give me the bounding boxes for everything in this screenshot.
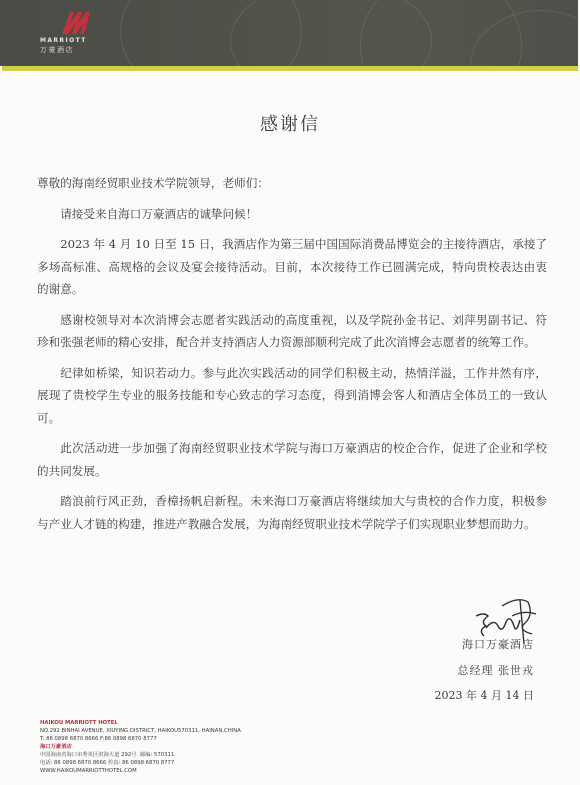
brand-name-cn: 万豪酒店 bbox=[40, 45, 108, 55]
signature-organization: 海口万豪酒店 bbox=[462, 636, 534, 652]
signature-title-name: 总经理 张世戎 bbox=[458, 662, 535, 678]
letter-title: 感谢信 bbox=[0, 110, 580, 136]
salutation: 尊敬的海南经贸职业技术学院领导，老师们： bbox=[37, 172, 547, 195]
paragraph-students: 纪律如桥梁，知识若动力。参与此次实践活动的同学们积极主动，热情洋溢，工作井然有序… bbox=[37, 362, 547, 430]
footer-address-cn: 中国海南省海口市秀英区滨海大道 292号. 邮编: 570311 bbox=[40, 751, 241, 759]
paragraph-greeting: 请接受来自海口万豪酒店的诚挚问候！ bbox=[37, 203, 547, 226]
paragraph-cooperation: 此次活动进一步加强了海南经贸职业技术学院与海口万豪酒店的校企合作，促进了企业和学… bbox=[37, 437, 547, 482]
paragraph-event: 2023 年 4 月 10 日至 15 日，我酒店作为第三届中国国际消费品博览会… bbox=[37, 233, 547, 301]
letterhead-footer: HAIKOU MARRIOTT HOTEL NO.292 BINHAI AVEN… bbox=[40, 719, 241, 775]
footer-address-en: NO.292 BINHAI AVENUE, XIUYING DISTRICT, … bbox=[40, 727, 241, 735]
signature-date: 2023 年 4 月 14 日 bbox=[435, 687, 534, 703]
letter-body: 尊敬的海南经贸职业技术学院领导，老师们： 请接受来自海口万豪酒店的诚挚问候！ 2… bbox=[37, 172, 547, 543]
marriott-logo: MARRIOTT 万豪酒店 bbox=[48, 10, 108, 55]
footer-hotel-en: HAIKOU MARRIOTT HOTEL bbox=[40, 719, 241, 727]
paragraph-thanks: 感谢校领导对本次消博会志愿者实践活动的高度重视，以及学院孙金书记、刘萍男副书记、… bbox=[37, 309, 547, 354]
footer-phone-cn: 电话: 86 0898 6870 8666 传真: 86 0898 6870 8… bbox=[40, 759, 241, 767]
footer-website: WWW.HAIKOUMARRIOTTHOTEL.COM bbox=[40, 767, 241, 775]
footer-phone-en: T: 86 0898 6870 8666 F:86 0898 6870 8777 bbox=[40, 735, 241, 743]
brand-name: MARRIOTT bbox=[40, 37, 108, 44]
letterhead-stripe bbox=[2, 66, 578, 71]
footer-hotel-cn: 海口万豪酒店 bbox=[40, 743, 241, 751]
paragraph-future: 踏浪前行风正劲，香樟扬帆启新程。未来海口万豪酒店将继续加大与贵校的合作力度，积极… bbox=[37, 490, 547, 535]
marriott-m-logo-icon bbox=[58, 10, 98, 34]
letterhead-band: MARRIOTT 万豪酒店 bbox=[0, 0, 578, 66]
